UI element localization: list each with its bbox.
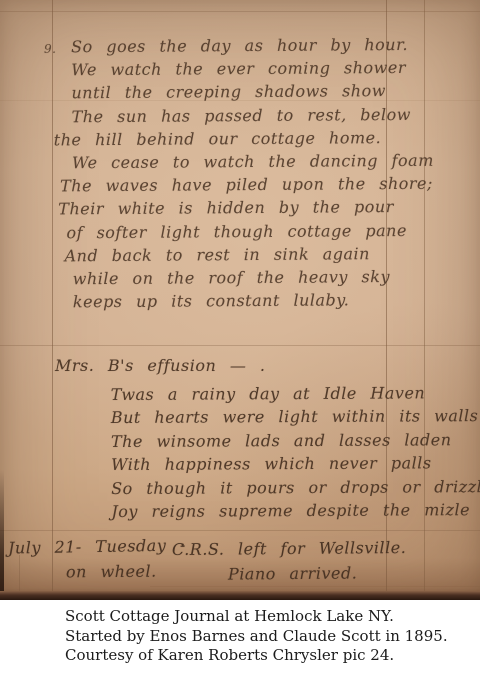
poem-line: The sun has passed to rest, below: [72, 102, 434, 128]
poem-line: So though it pours or drops or drizzles: [111, 475, 480, 500]
left-margin-rule: [52, 0, 53, 591]
horizontal-rule-lower: [0, 530, 480, 531]
poem-line: keeps up its constant lulaby.: [73, 288, 435, 314]
poem-line: The waves have piled upon the shore;: [60, 172, 434, 198]
effusion-heading: Mrs. B's effusion — .: [55, 356, 266, 375]
photo-bottom-edge: [0, 591, 480, 600]
caption: Scott Cottage Journal at Hemlock Lake NY…: [0, 600, 480, 675]
entry-event-2: Piano arrived.: [228, 563, 357, 583]
journal-page-photo: 9. So goes the day as hour by hour. We w…: [0, 0, 480, 600]
entry-event-1: C.R.S. left for Wellsville.: [172, 538, 406, 559]
poem-line: Twas a rainy day at Idle Haven: [111, 381, 480, 406]
poem-line: The winsome lads and lasses laden: [111, 428, 480, 453]
poem-line: We cease to watch the dancing foam: [72, 149, 434, 175]
entry-date: July 21- Tuesday -: [8, 535, 186, 557]
poem-line: Joy reigns supreme despite the mizle: [111, 498, 480, 523]
poem-line: the hill behind our cottage home.: [54, 126, 434, 152]
poem-second-stanza: Twas a rainy day at Idle Haven But heart…: [111, 381, 480, 523]
poem-line: until the creeping shadows show: [71, 79, 433, 105]
poem-line: We watch the ever coming shower: [71, 56, 433, 82]
entry-continuation: on wheel.: [66, 562, 157, 582]
poem-line: But hearts were light within its walls: [111, 404, 480, 429]
poem-line: And back to rest in sink again: [64, 242, 434, 268]
caption-line-courtesy: Courtesy of Karen Roberts Chrysler pic 2…: [65, 646, 470, 666]
poem-first-stanza: So goes the day as hour by hour. We watc…: [71, 33, 435, 314]
poem-line: With happiness which never palls: [111, 451, 480, 476]
margin-number: 9.: [44, 42, 56, 56]
caption-line-title: Scott Cottage Journal at Hemlock Lake NY…: [65, 607, 470, 627]
screenshot-root: 9. So goes the day as hour by hour. We w…: [0, 0, 480, 675]
poem-line: of softer light though cottage pane: [66, 218, 434, 244]
poem-line: Their white is hidden by the pour: [58, 195, 434, 221]
photo-left-edge-shadow: [0, 470, 4, 591]
poem-line: So goes the day as hour by hour.: [71, 33, 433, 59]
caption-line-credit: Started by Enos Barnes and Claude Scott …: [65, 627, 470, 647]
horizontal-rule-top: [0, 11, 480, 12]
horizontal-rule-bottom: [150, 586, 480, 587]
date-column-rule: [19, 555, 20, 591]
horizontal-rule-middle: [0, 345, 480, 346]
poem-line: while on the roof the heavy sky: [73, 265, 435, 291]
